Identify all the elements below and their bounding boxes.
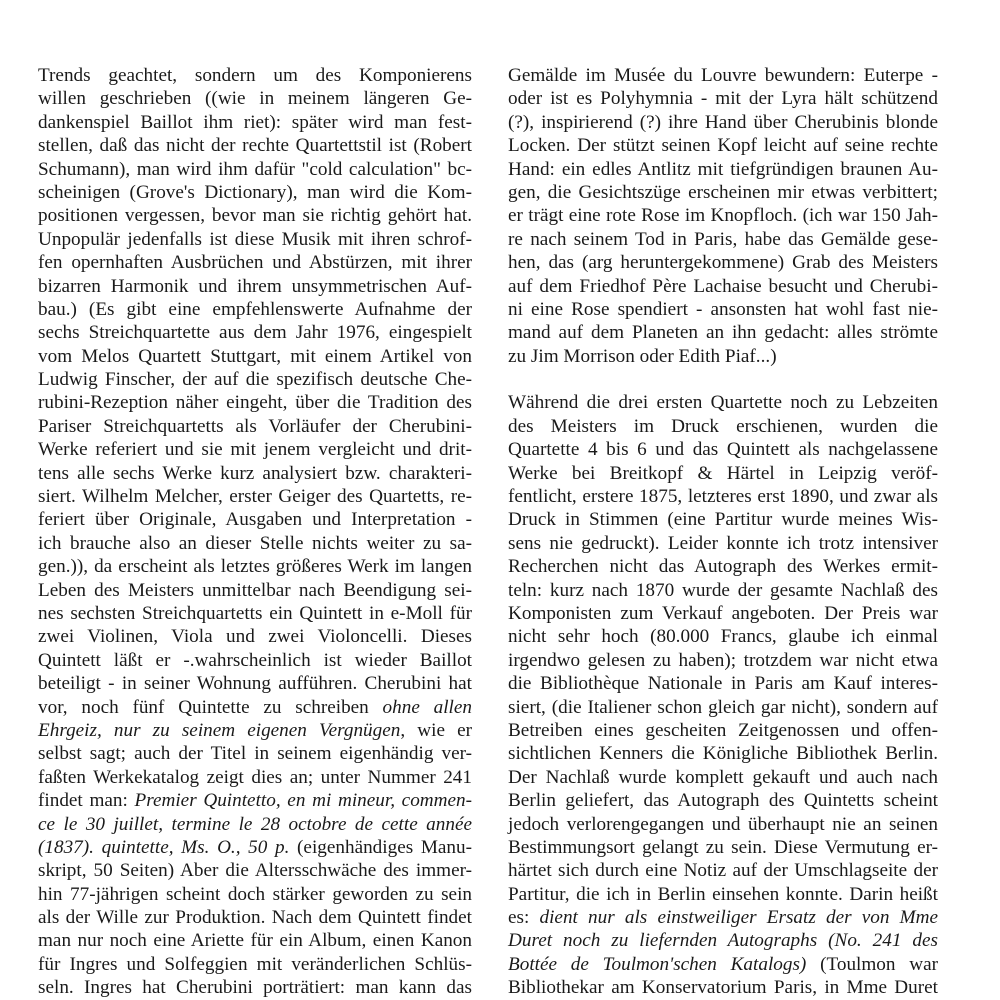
text-line: tens alle sechs Werke kurz analysiert bz… — [38, 462, 472, 485]
text-line: härtet sich durch eine Notiz auf der Ums… — [508, 859, 938, 882]
text-line: Berlin geliefert, das Autograph des Quin… — [508, 789, 938, 812]
text-line: zwei Violinen, Viola und zwei Violoncell… — [38, 625, 472, 648]
text-line: irgendwo gelesen zu haben); trotzdem war… — [508, 649, 938, 672]
text-line: Komponisten zum Verkauf angeboten. Der P… — [508, 602, 938, 625]
text-line: sens nie gedruckt). Leider konnte ich tr… — [508, 532, 938, 555]
paragraph-break — [508, 368, 938, 391]
text-line: (1837). quintette, Ms. O., 50 p. (eigenh… — [38, 836, 472, 859]
italic-quote: Premier Quintetto, en mi mineur, commen- — [135, 790, 473, 811]
left-text-column: Trends geachtet, sondern um des Komponie… — [38, 64, 472, 1000]
text-line: dankenspiel Baillot ihm riet): später wi… — [38, 111, 472, 134]
text-line: Der Nachlaß wurde komplett gekauft und a… — [508, 766, 938, 789]
text-line: nes sechsten Streichquartetts ein Quinte… — [38, 602, 472, 625]
text-line: jedoch verlorengegangen und überhaupt ni… — [508, 813, 938, 836]
text-line: für Ingres und Solfeggien mit veränderli… — [38, 953, 472, 976]
text-line: Bibliothekar am Konservatorium Paris, in… — [508, 976, 938, 999]
text-line: teln: kurz nach 1870 wurde der gesamte N… — [508, 579, 938, 602]
document-page: Trends geachtet, sondern um des Komponie… — [0, 0, 1000, 1000]
italic-quote: ce le 30 juillet, termine le 28 octobre … — [38, 814, 472, 835]
text-line: fentlicht, erstere 1875, letzteres erst … — [508, 485, 938, 508]
italic-quote: ohne allen — [383, 697, 472, 718]
text-line: (?), inspirierend (?) ihre Hand über Che… — [508, 111, 938, 134]
text-line: bau.) (Es gibt eine empfehlenswerte Aufn… — [38, 298, 472, 321]
text-line: Hand: ein edles Antlitz mit tiefgründige… — [508, 158, 938, 181]
text-run: findet man: — [38, 790, 135, 811]
text-line: Schumann), man wird ihm dafür "cold calc… — [38, 158, 472, 181]
text-line: ich brauche also an dieser Stelle nichts… — [38, 532, 472, 555]
text-line: beteiligt - in seiner Wohnung aufführen.… — [38, 672, 472, 695]
text-line: re nach seinem Tod in Paris, habe das Ge… — [508, 228, 938, 251]
text-line: Gemälde im Musée du Louvre bewundern: Eu… — [508, 64, 938, 87]
text-line: siert. Wilhelm Melcher, erster Geiger de… — [38, 485, 472, 508]
text-line: bizarren Harmonik und ihrem unsymmetrisc… — [38, 275, 472, 298]
text-line: hen, das (arg heruntergekommene) Grab de… — [508, 251, 938, 274]
text-line: Quintett läßt er -.wahrscheinlich ist wi… — [38, 649, 472, 672]
text-line: Werke referiert und sie mit jenem vergle… — [38, 438, 472, 461]
text-line: Ehrgeiz, nur zu seinem eigenen Vergnügen… — [38, 719, 472, 742]
text-line: selbst sagt; auch der Titel in seinem ei… — [38, 742, 472, 765]
text-run: vor, noch fünf Quintette zu schreiben — [38, 697, 383, 718]
text-line: des Meisters im Druck erschienen, wurden… — [508, 415, 938, 438]
text-line: Pariser Streichquartetts als Vorläufer d… — [38, 415, 472, 438]
text-line: Ludwig Finscher, der auf die spezifisch … — [38, 368, 472, 391]
text-run: , wie er — [400, 720, 472, 741]
text-line: stellen, daß das nicht der rechte Quarte… — [38, 134, 472, 157]
text-line: Während die drei ersten Quartette noch z… — [508, 391, 938, 414]
text-line: findet man: Premier Quintetto, en mi min… — [38, 789, 472, 812]
text-line: Quartette 4 bis 6 und das Quintett als n… — [508, 438, 938, 461]
text-line: nicht sehr hoch (80.000 Francs, glaube i… — [508, 625, 938, 648]
text-line: hin 77-jährigen scheint doch stärker gew… — [38, 883, 472, 906]
text-line: siert, (die Italiener schon gleich gar n… — [508, 696, 938, 719]
italic-quote: Duret noch zu liefernden Autographs (No.… — [508, 930, 938, 951]
text-line: vom Melos Quartett Stuttgart, mit einem … — [38, 345, 472, 368]
text-line: faßten Werkekatalog zeigt dies an; unter… — [38, 766, 472, 789]
text-line: oder ist es Polyhymnia - mit der Lyra hä… — [508, 87, 938, 110]
text-line: Locken. Der stützt seinen Kopf leicht au… — [508, 134, 938, 157]
text-line: man nur noch eine Ariette für ein Album,… — [38, 929, 472, 952]
text-run: (Toulmon war — [806, 954, 938, 975]
text-line: Bottée de Toulmon'schen Katalogs) (Toulm… — [508, 953, 938, 976]
text-line: es: dient nur als einstweiliger Ersatz d… — [508, 906, 938, 929]
text-line: fen opernhaften Ausbrüchen und Abstürzen… — [38, 251, 472, 274]
text-line: mand auf dem Planeten an ihn gedacht: al… — [508, 321, 938, 344]
text-line: positionen vergessen, bevor man sie rich… — [38, 204, 472, 227]
text-line: Unpopulär jedenfalls ist diese Musik mit… — [38, 228, 472, 251]
text-line: feriert über Originale, Ausgaben und Int… — [38, 508, 472, 531]
text-line: sichtlichen Kenners die Königliche Bibli… — [508, 742, 938, 765]
text-line: als der Wille zur Produktion. Nach dem Q… — [38, 906, 472, 929]
text-line: ce le 30 juillet, termine le 28 octobre … — [38, 813, 472, 836]
text-line: sechs Streichquartette aus dem Jahr 1976… — [38, 321, 472, 344]
text-line: Betreiben eines gescheiten Zeitgenossen … — [508, 719, 938, 742]
text-run: (eigenhändiges Manu- — [289, 837, 472, 858]
text-line: scheinigen (Grove's Dictionary), man wir… — [38, 181, 472, 204]
text-line: auf dem Friedhof Père Lachaise besucht u… — [508, 275, 938, 298]
italic-quote: Bottée de Toulmon'schen Katalogs) — [508, 954, 806, 975]
text-line: ni eine Rose spendiert - ansonsten hat w… — [508, 298, 938, 321]
text-line: Leben des Meisters unmittelbar nach Been… — [38, 579, 472, 602]
italic-quote: (1837). quintette, Ms. O., 50 p. — [38, 837, 289, 858]
text-line: Trends geachtet, sondern um des Komponie… — [38, 64, 472, 87]
text-run: es: — [508, 907, 540, 928]
text-line: Werke bei Breitkopf & Härtel in Leipzig … — [508, 462, 938, 485]
text-line: gen, die Gesichtszüge erscheinen mir etw… — [508, 181, 938, 204]
italic-quote: dient nur als einstweiliger Ersatz der v… — [540, 907, 939, 928]
text-line: Duret noch zu liefernden Autographs (No.… — [508, 929, 938, 952]
text-line: seln. Ingres hat Cherubini porträtiert: … — [38, 976, 472, 999]
text-line: die Bibliothèque Nationale in Paris am K… — [508, 672, 938, 695]
text-line: skript, 50 Seiten) Aber die Altersschwäc… — [38, 859, 472, 882]
text-line: zu Jim Morrison oder Edith Piaf...) — [508, 345, 938, 368]
text-line: er trägt eine rote Rose im Knopfloch. (i… — [508, 204, 938, 227]
right-text-column: Gemälde im Musée du Louvre bewundern: Eu… — [508, 64, 938, 1000]
text-line: gen.)), da erscheint als letztes größere… — [38, 555, 472, 578]
text-line: Druck in Stimmen (eine Partitur wurde me… — [508, 508, 938, 531]
text-line: rubini-Rezeption näher eingeht, über die… — [38, 391, 472, 414]
text-line: vor, noch fünf Quintette zu schreiben oh… — [38, 696, 472, 719]
text-line: Partitur, die ich in Berlin einsehen kon… — [508, 883, 938, 906]
text-line: Recherchen nicht das Autograph des Werke… — [508, 555, 938, 578]
text-line: Bestimmungsort gelangt zu sein. Diese Ve… — [508, 836, 938, 859]
italic-quote: Ehrgeiz, nur zu seinem eigenen Vergnügen — [38, 720, 400, 741]
text-line: willen geschrieben ((wie in meinem länge… — [38, 87, 472, 110]
